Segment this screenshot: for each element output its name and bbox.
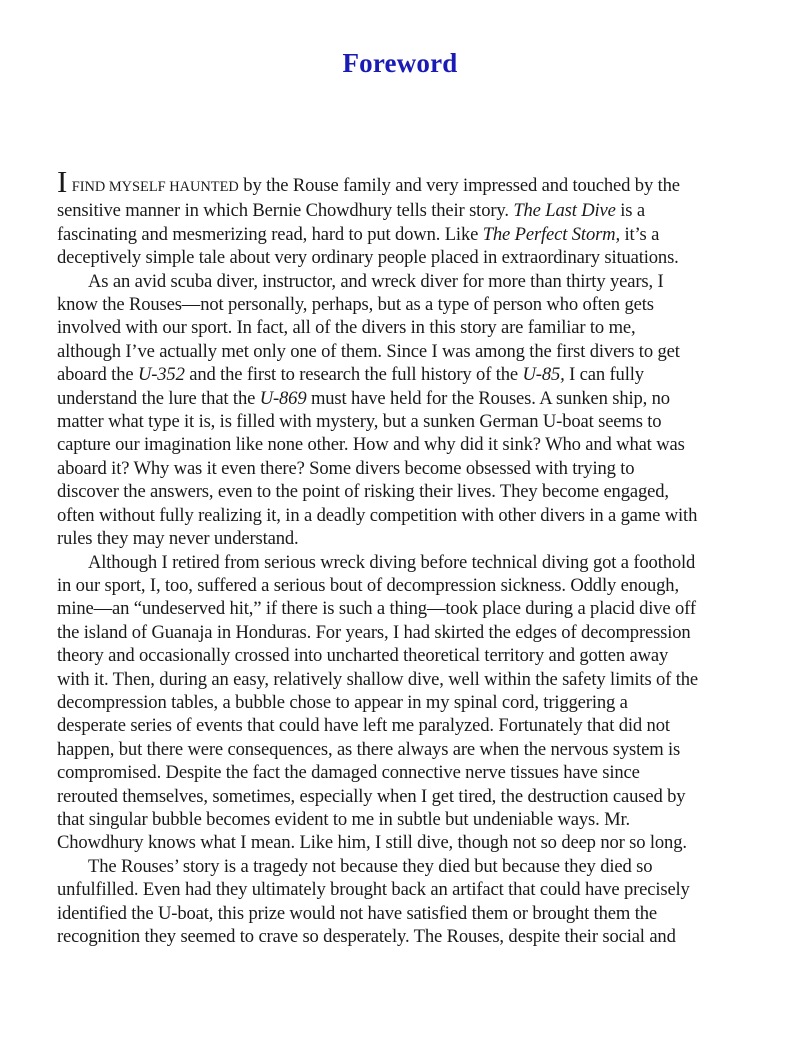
text-line: identified the U-boat, this prize would … — [57, 902, 747, 925]
text-line: that singular bubble becomes evident to … — [57, 808, 747, 831]
italic-title: U-869 — [260, 388, 307, 409]
text-line: decompression tables, a bubble chose to … — [57, 691, 747, 714]
italic-title: U-85, — [523, 364, 565, 385]
text-line: in our sport, I, too, suffered a serious… — [57, 574, 747, 597]
paragraph: The Rouses’ story is a tragedy not becau… — [57, 855, 747, 949]
text-line: aboard it? Why was it even there? Some d… — [57, 457, 747, 480]
text-line: deceptively simple tale about very ordin… — [57, 246, 747, 269]
text-run: decompression tables, a bubble chose to … — [57, 692, 628, 713]
text-run: theory and occasionally crossed into unc… — [57, 645, 668, 666]
text-line: although I’ve actually met only one of t… — [57, 340, 747, 363]
text-line: sensitive manner in which Bernie Chowdhu… — [57, 199, 747, 222]
text-run: Chowdhury knows what I mean. Like him, I… — [57, 832, 687, 853]
text-run: As an avid scuba diver, instructor, and … — [88, 271, 664, 292]
text-run: unfulfilled. Even had they ultimately br… — [57, 879, 690, 900]
text-run: must have held for the Rouses. A sunken … — [306, 388, 669, 409]
paragraph: Although I retired from serious wreck di… — [57, 551, 747, 855]
text-run: sensitive manner in which Bernie Chowdhu… — [57, 200, 513, 221]
text-run: deceptively simple tale about very ordin… — [57, 247, 679, 268]
text-run: by the Rouse family and very impressed a… — [239, 175, 680, 196]
text-line: recognition they seemed to crave so desp… — [57, 925, 747, 948]
text-run: that singular bubble becomes evident to … — [57, 809, 630, 830]
text-run: understand the lure that the — [57, 388, 260, 409]
paragraph: As an avid scuba diver, instructor, and … — [57, 270, 747, 551]
text-run: aboard it? Why was it even there? Some d… — [57, 458, 634, 479]
text-run: Although I retired from serious wreck di… — [88, 552, 695, 573]
text-line: theory and occasionally crossed into unc… — [57, 644, 747, 667]
text-line: desperate series of events that could ha… — [57, 714, 747, 737]
text-line: rerouted themselves, sometimes, especial… — [57, 785, 747, 808]
text-run: is a — [616, 200, 645, 221]
text-run: matter what type it is, is filled with m… — [57, 411, 661, 432]
text-run: happen, but there were consequences, as … — [57, 739, 680, 760]
text-line: understand the lure that the U-869 must … — [57, 387, 747, 410]
text-line: As an avid scuba diver, instructor, and … — [57, 270, 747, 293]
text-run: I can fully — [565, 364, 644, 385]
text-run: although I’ve actually met only one of t… — [57, 341, 680, 362]
text-line: often without fully realizing it, in a d… — [57, 504, 747, 527]
text-run: rerouted themselves, sometimes, especial… — [57, 786, 685, 807]
text-run: in our sport, I, too, suffered a serious… — [57, 575, 679, 596]
italic-title: The Last Dive — [513, 200, 615, 221]
text-run: discover the answers, even to the point … — [57, 481, 669, 502]
text-line: I FIND MYSELF HAUNTED by the Rouse famil… — [57, 170, 747, 199]
text-run: identified the U-boat, this prize would … — [57, 903, 657, 924]
text-run: aboard the — [57, 364, 138, 385]
text-run: desperate series of events that could ha… — [57, 715, 670, 736]
foreword-body: I FIND MYSELF HAUNTED by the Rouse famil… — [57, 170, 747, 948]
text-run: and the first to research the full histo… — [185, 364, 523, 385]
text-line: the island of Guanaja in Honduras. For y… — [57, 621, 747, 644]
text-line: happen, but there were consequences, as … — [57, 738, 747, 761]
text-run: often without fully realizing it, in a d… — [57, 505, 697, 526]
italic-title: The Perfect Storm, — [483, 224, 620, 245]
text-run: rules they may never understand. — [57, 528, 299, 549]
text-line: Although I retired from serious wreck di… — [57, 551, 747, 574]
text-line: compromised. Despite the fact the damage… — [57, 761, 747, 784]
small-caps-lead: FIND MYSELF HAUNTED — [72, 179, 239, 195]
text-line: matter what type it is, is filled with m… — [57, 410, 747, 433]
text-line: rules they may never understand. — [57, 527, 747, 550]
text-line: discover the answers, even to the point … — [57, 480, 747, 503]
italic-title: U-352 — [138, 364, 185, 385]
text-run: the island of Guanaja in Honduras. For y… — [57, 622, 691, 643]
text-run: The Rouses’ story is a tragedy not becau… — [88, 856, 652, 877]
text-run: mine—an “undeserved hit,” if there is su… — [57, 598, 696, 619]
text-run: compromised. Despite the fact the damage… — [57, 762, 640, 783]
text-line: know the Rouses—not personally, perhaps,… — [57, 293, 747, 316]
text-run: with it. Then, during an easy, relativel… — [57, 669, 698, 690]
text-line: The Rouses’ story is a tragedy not becau… — [57, 855, 747, 878]
text-run: know the Rouses—not personally, perhaps,… — [57, 294, 654, 315]
page-title: Foreword — [0, 48, 800, 79]
drop-cap: I — [57, 164, 67, 199]
text-line: with it. Then, during an easy, relativel… — [57, 668, 747, 691]
text-run: recognition they seemed to crave so desp… — [57, 926, 676, 947]
text-line: fascinating and mesmerizing read, hard t… — [57, 223, 747, 246]
text-line: Chowdhury knows what I mean. Like him, I… — [57, 831, 747, 854]
text-run: involved with our sport. In fact, all of… — [57, 317, 636, 338]
text-line: unfulfilled. Even had they ultimately br… — [57, 878, 747, 901]
text-line: capture our imagination like none other.… — [57, 433, 747, 456]
text-run: fascinating and mesmerizing read, hard t… — [57, 224, 483, 245]
text-line: involved with our sport. In fact, all of… — [57, 316, 747, 339]
text-line: mine—an “undeserved hit,” if there is su… — [57, 597, 747, 620]
text-line: aboard the U-352 and the first to resear… — [57, 363, 747, 386]
paragraph: I FIND MYSELF HAUNTED by the Rouse famil… — [57, 170, 747, 270]
text-run: it’s a — [620, 224, 659, 245]
text-run: capture our imagination like none other.… — [57, 434, 685, 455]
